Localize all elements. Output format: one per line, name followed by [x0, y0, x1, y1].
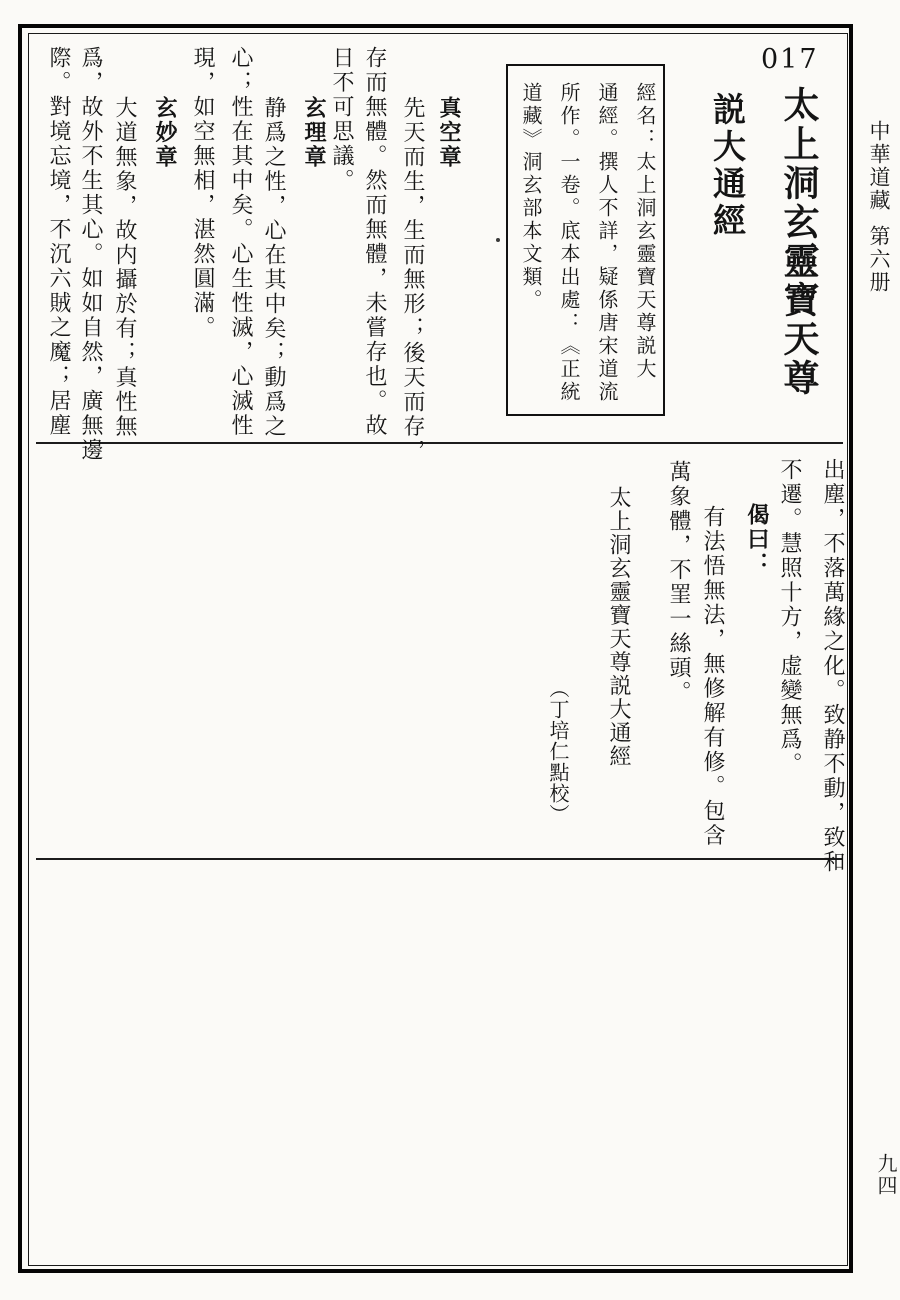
body-column: 不遷。慧照十方，虚變無爲。 [777, 458, 804, 777]
note-column-3: 所作。一卷。底本出處：《正統 [556, 82, 582, 404]
book-margin-label: 中華道藏第六册 [864, 120, 894, 294]
note-column-1: 經名：太上洞玄靈寶天尊説大 [632, 82, 658, 381]
note-column-4: 道藏》洞玄部本文類。 [518, 82, 544, 312]
scanned-book-page: { "colors": { "ink": "#141414", "paper":… [0, 0, 900, 1300]
body-column: 存而無體。然而無體，未嘗存也。故 [362, 46, 389, 438]
chapter-header-xuanli: 玄理章 [301, 96, 328, 170]
chapter-header-xuanmiao: 玄妙章 [152, 96, 179, 170]
body-column: 日不可思議。 [329, 46, 356, 193]
scripture-title-sub: 説大通經 [706, 92, 746, 240]
body-column: 爲，故外不生其心。如如自然，廣無邊 [78, 46, 105, 463]
section-divider-upper [36, 442, 843, 444]
volume-label: 第六册 [867, 225, 891, 294]
closing-title: 太上洞玄靈寶天尊説大通經 [605, 486, 632, 768]
chapter-header-zhenkong: 真空章 [436, 96, 463, 170]
note-column-2: 通經。撰人不詳，疑係唐宋道流 [594, 82, 620, 404]
section-divider-lower [36, 858, 843, 860]
folio-page-number: 九四 [871, 1153, 900, 1197]
body-column: 静爲之性，心在其中矣；動爲之 [261, 96, 288, 439]
gatha-line-2: 萬象體，不罣一絲頭。 [666, 460, 693, 705]
scripture-title-main: 太上洞玄靈寶天尊 [777, 86, 821, 398]
body-column: 現，如空無相，湛然圓滿。 [190, 46, 217, 340]
gatha-line-1: 有法悟無法，無修解有修。包含 [700, 505, 727, 848]
body-column: 心；性在其中矣。心生性滅，心滅性 [228, 46, 255, 438]
ink-speck [496, 238, 500, 242]
body-column: 先天而生，生而無形；後天而存， [400, 96, 427, 464]
gatha-header: 偈曰： [744, 503, 771, 577]
body-column: 出塵，不落萬緣之化。致静不動，致和 [820, 458, 847, 875]
bibliographic-note-box: 經名：太上洞玄靈寶天尊説大 通經。撰人不詳，疑係唐宋道流 所作。一卷。底本出處：… [506, 64, 665, 416]
body-column: 大道無象，故内攝於有；真性無 [112, 96, 139, 439]
collection-title: 中華道藏 [867, 120, 891, 212]
body-column: 際。對境忘境，不沉六賊之魔；居塵 [46, 46, 73, 438]
editor-credit: （丁培仁點校） [544, 678, 571, 825]
scripture-serial-number: 017 [761, 44, 819, 75]
